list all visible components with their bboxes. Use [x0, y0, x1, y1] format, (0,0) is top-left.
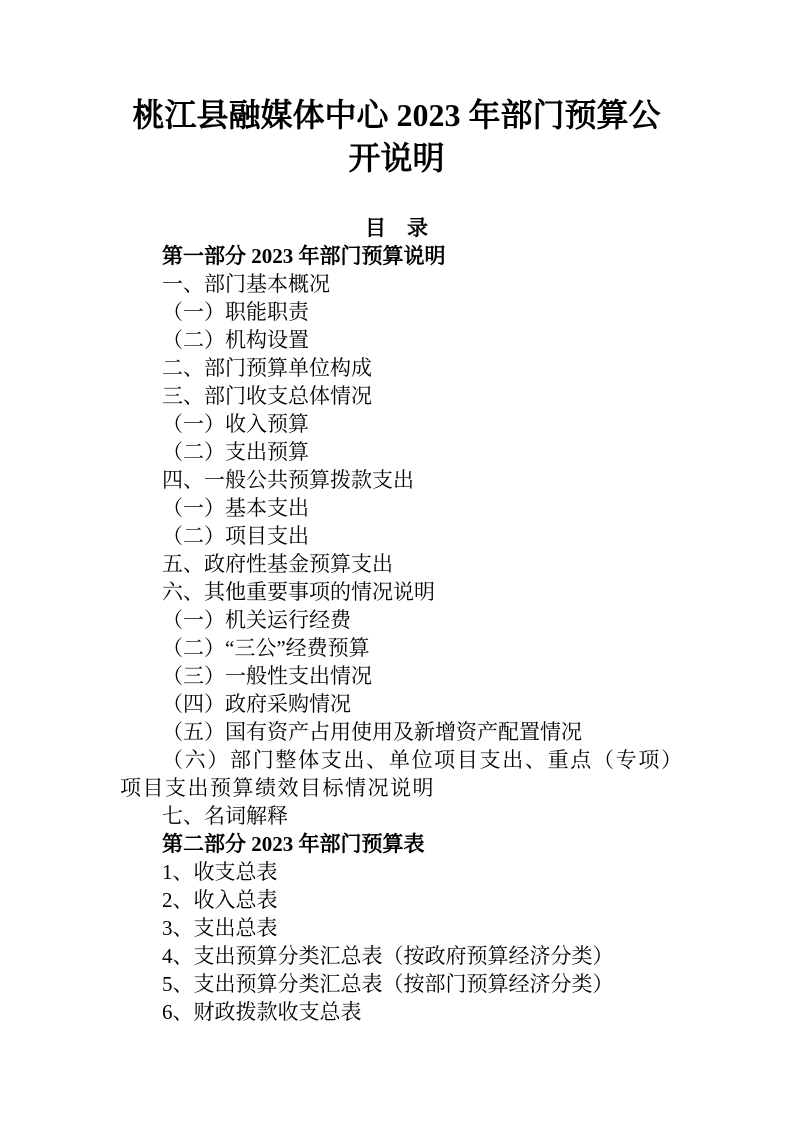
document-title: 桃江县融媒体中心 2023 年部门预算公开说明 [120, 94, 673, 180]
toc-list: 第一部分 2023 年部门预算说明一、部门基本概况（一）职能职责（二）机构设置二… [120, 242, 673, 1026]
toc-entry: （一）基本支出 [120, 494, 673, 522]
toc-entry: （一）机关运行经费 [120, 606, 673, 634]
toc-entry: 四、一般公共预算拨款支出 [120, 466, 673, 494]
toc-entry: 二、部门预算单位构成 [120, 354, 673, 382]
toc-entry: 2、收入总表 [120, 886, 673, 914]
toc-entry: （二）项目支出 [120, 522, 673, 550]
toc-heading: 目 录 [120, 214, 673, 242]
toc-entry: 5、支出预算分类汇总表（按部门预算经济分类） [120, 970, 673, 998]
toc-entry: （一）职能职责 [120, 298, 673, 326]
toc-entry: （五）国有资产占用使用及新增资产配置情况 [120, 718, 673, 746]
toc-entry: 3、支出总表 [120, 914, 673, 942]
toc-entry: 五、政府性基金预算支出 [120, 550, 673, 578]
toc-entry: 第一部分 2023 年部门预算说明 [120, 242, 673, 270]
toc-entry: 六、其他重要事项的情况说明 [120, 578, 673, 606]
toc-entry: 4、支出预算分类汇总表（按政府预算经济分类） [120, 942, 673, 970]
toc-entry: （二）“三公”经费预算 [120, 634, 673, 662]
toc-entry: （三）一般性支出情况 [120, 662, 673, 690]
toc-entry: （六）部门整体支出、单位项目支出、重点（专项）项目支出预算绩效目标情况说明 [120, 746, 673, 802]
toc-entry: 一、部门基本概况 [120, 270, 673, 298]
toc-entry: 三、部门收支总体情况 [120, 382, 673, 410]
toc-entry: （四）政府采购情况 [120, 690, 673, 718]
toc-entry: 第二部分 2023 年部门预算表 [120, 830, 673, 858]
toc-entry: 七、名词解释 [120, 802, 673, 830]
toc-entry: 1、收支总表 [120, 858, 673, 886]
toc-entry: （二）支出预算 [120, 438, 673, 466]
toc-entry: （一）收入预算 [120, 410, 673, 438]
document-page: 桃江县融媒体中心 2023 年部门预算公开说明 目 录 第一部分 2023 年部… [0, 0, 793, 1122]
toc-entry: 6、财政拨款收支总表 [120, 998, 673, 1026]
toc-entry: （二）机构设置 [120, 326, 673, 354]
